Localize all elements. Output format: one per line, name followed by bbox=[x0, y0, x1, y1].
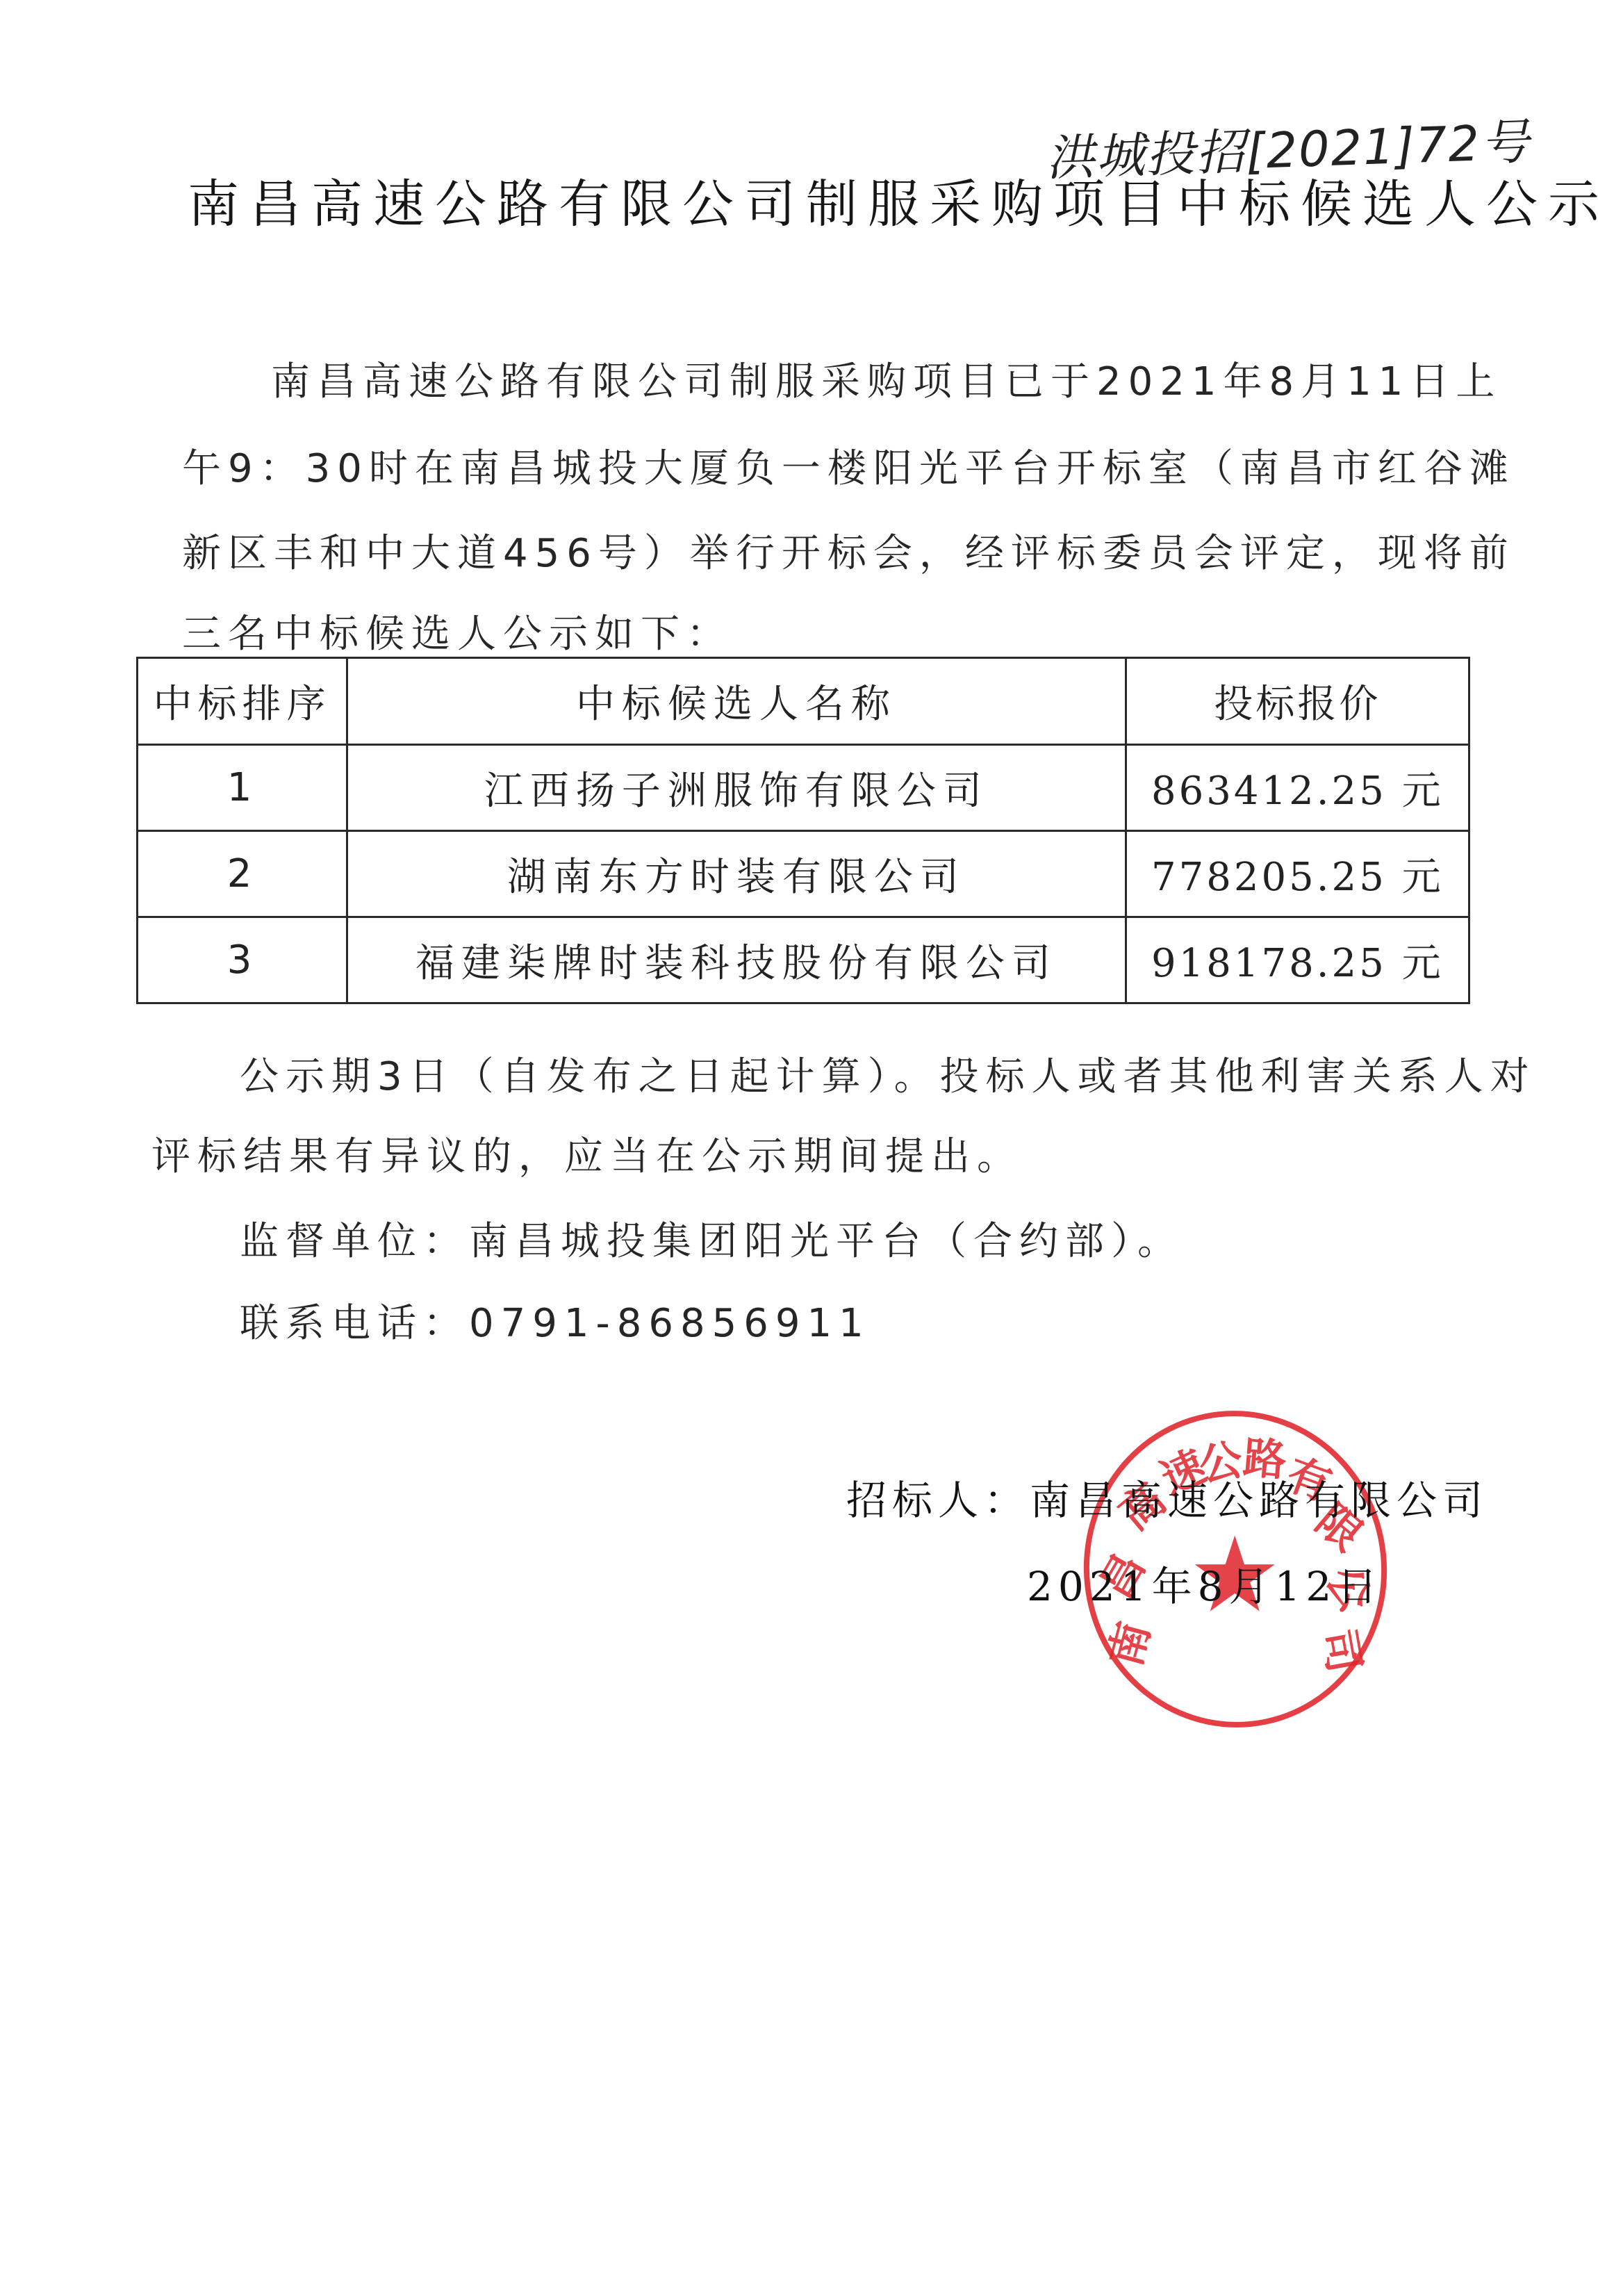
document-title: 南昌高速公路有限公司制服采购项目中标候选人公示 bbox=[188, 163, 1598, 237]
table-row: 3 福建柒牌时装科技股份有限公司 918178.25 元 bbox=[138, 917, 1469, 1003]
seal-char: 南 bbox=[1091, 1614, 1162, 1672]
contact-line: 联系电话：0791-86856911 bbox=[240, 1293, 871, 1348]
cell-name: 江西扬子洲服饰有限公司 bbox=[347, 745, 1126, 831]
tenderer-signature: 招标人：南昌高速公路有限公司 bbox=[846, 1468, 1488, 1526]
intro-line-2: 午9：30时在南昌城投大厦负一楼阳光平台开标室（南昌市红谷滩 bbox=[182, 438, 1515, 493]
header-name: 中标候选人名称 bbox=[347, 658, 1126, 745]
supervisor-line: 监督单位：南昌城投集团阳光平台（合约部）。 bbox=[240, 1211, 1183, 1266]
cell-name: 福建柒牌时装科技股份有限公司 bbox=[347, 917, 1126, 1003]
cell-rank: 1 bbox=[138, 745, 347, 831]
table-row: 2 湖南东方时装有限公司 778205.25 元 bbox=[138, 831, 1469, 917]
cell-rank: 2 bbox=[138, 831, 347, 917]
notice-line-2: 评标结果有异议的，应当在公示期间提出。 bbox=[151, 1126, 1023, 1181]
cell-price: 778205.25 元 bbox=[1126, 831, 1469, 917]
cell-price: 918178.25 元 bbox=[1126, 917, 1469, 1003]
header-price: 投标报价 bbox=[1126, 658, 1469, 745]
cell-name: 湖南东方时装有限公司 bbox=[347, 831, 1126, 917]
cell-price: 863412.25 元 bbox=[1126, 745, 1469, 831]
notice-line-1: 公示期3日（自发布之日起计算）。投标人或者其他利害关系人对 bbox=[240, 1046, 1536, 1101]
cell-rank: 3 bbox=[138, 917, 347, 1003]
header-rank: 中标排序 bbox=[138, 658, 347, 745]
intro-line-1: 南昌高速公路有限公司制服采购项目已于2021年8月11日上 bbox=[271, 351, 1501, 407]
table-header-row: 中标排序 中标候选人名称 投标报价 bbox=[138, 658, 1469, 745]
signature-date: 2021年8月12日 bbox=[1027, 1554, 1383, 1612]
intro-line-4: 三名中标候选人公示如下： bbox=[182, 603, 732, 659]
intro-line-3: 新区丰和中大道456号）举行开标会，经评标委员会评定，现将前 bbox=[182, 523, 1515, 578]
seal-char: 司 bbox=[1311, 1623, 1379, 1677]
candidates-table: 中标排序 中标候选人名称 投标报价 1 江西扬子洲服饰有限公司 863412.2… bbox=[136, 657, 1470, 1004]
table-row: 1 江西扬子洲服饰有限公司 863412.25 元 bbox=[138, 745, 1469, 831]
